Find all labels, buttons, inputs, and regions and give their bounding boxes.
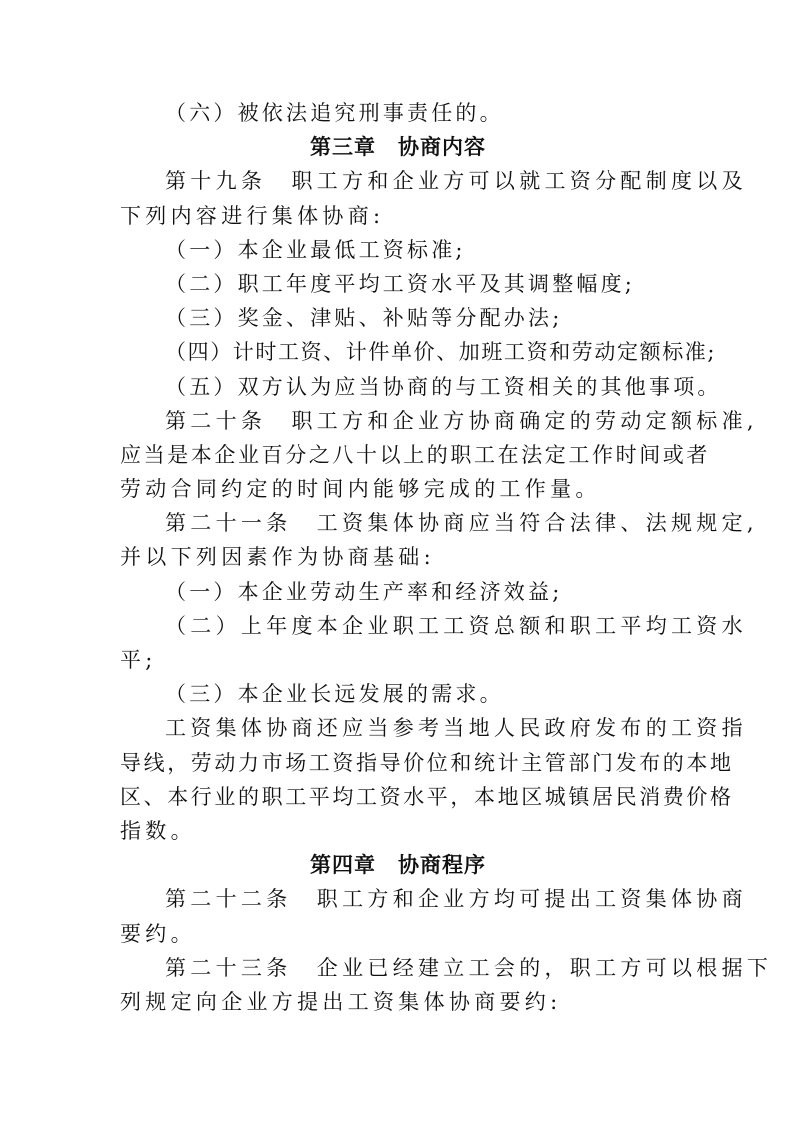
article-22: 第二十二条 职工方和企业方均可提出工资集体协商 要约。 bbox=[120, 882, 676, 950]
article-20: 第二十条 职工方和企业方协商确定的劳动定额标准, 应当是本企业百分之八十以上的职… bbox=[120, 404, 676, 507]
paragraph-line: 指数。 bbox=[120, 814, 676, 848]
chapter-heading-4: 第四章 协商程序 bbox=[120, 848, 676, 882]
paragraph-line: 劳动合同约定的时间内能够完成的工作量。 bbox=[120, 472, 676, 506]
list-item: （一）本企业劳动生产率和经济效益; bbox=[120, 575, 676, 609]
paragraph-line: 导线，劳动力市场工资指导价位和统计主管部门发布的本地 bbox=[120, 746, 676, 780]
paragraph-line: 第二十三条 企业已经建立工会的，职工方可以根据下 bbox=[120, 951, 676, 985]
paragraph-line: 第二十一条 工资集体协商应当符合法律、法规规定, bbox=[120, 506, 676, 540]
paragraph-line: 第二十条 职工方和企业方协商确定的劳动定额标准, bbox=[120, 404, 676, 438]
article-21: 第二十一条 工资集体协商应当符合法律、法规规定, 并以下列因素作为协商基础: bbox=[120, 506, 676, 574]
list-item-liu: （六）被依法追究刑事责任的。 bbox=[120, 96, 676, 130]
list-item: （二）职工年度平均工资水平及其调整幅度; bbox=[120, 267, 676, 301]
chapter-heading-3: 第三章 协商内容 bbox=[120, 130, 676, 164]
list-item-multiline: （二）上年度本企业职工工资总额和职工平均工资水 平; bbox=[120, 609, 676, 677]
list-item: （三）本企业长远发展的需求。 bbox=[120, 677, 676, 711]
article-23: 第二十三条 企业已经建立工会的，职工方可以根据下 列规定向企业方提出工资集体协商… bbox=[120, 951, 676, 1019]
document-page: （六）被依法追究刑事责任的。 第三章 协商内容 第十九条 职工方和企业方可以就工… bbox=[120, 96, 676, 1019]
paragraph-line: 平; bbox=[120, 643, 676, 677]
list-item: （三）奖金、津贴、补贴等分配办法; bbox=[120, 301, 676, 335]
paragraph-line: 要约。 bbox=[120, 917, 676, 951]
paragraph-line: 列规定向企业方提出工资集体协商要约: bbox=[120, 985, 676, 1019]
paragraph-line: 第二十二条 职工方和企业方均可提出工资集体协商 bbox=[120, 882, 676, 916]
paragraph-line: 下列内容进行集体协商: bbox=[120, 199, 676, 233]
paragraph-line: 工资集体协商还应当参考当地人民政府发布的工资指 bbox=[120, 711, 676, 745]
article-19: 第十九条 职工方和企业方可以就工资分配制度以及 下列内容进行集体协商: bbox=[120, 164, 676, 232]
paragraph-line: 应当是本企业百分之八十以上的职工在法定工作时间或者 bbox=[120, 438, 676, 472]
list-item: （五）双方认为应当协商的与工资相关的其他事项。 bbox=[120, 370, 676, 404]
paragraph-line: 第十九条 职工方和企业方可以就工资分配制度以及 bbox=[120, 164, 676, 198]
paragraph-line: （二）上年度本企业职工工资总额和职工平均工资水 bbox=[120, 609, 676, 643]
list-item: （一）本企业最低工资标准; bbox=[120, 233, 676, 267]
reference-paragraph: 工资集体协商还应当参考当地人民政府发布的工资指 导线，劳动力市场工资指导价位和统… bbox=[120, 711, 676, 848]
paragraph-line: 区、本行业的职工平均工资水平，本地区城镇居民消费价格 bbox=[120, 780, 676, 814]
paragraph-line: 并以下列因素作为协商基础: bbox=[120, 540, 676, 574]
list-item: （四）计时工资、计件单价、加班工资和劳动定额标准; bbox=[120, 335, 676, 369]
